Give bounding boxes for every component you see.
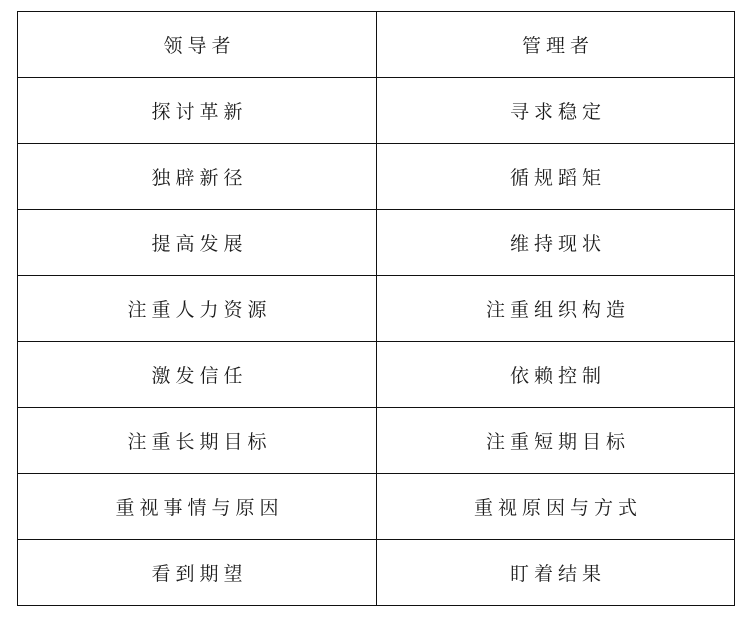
cell-text: 独辟新径: [151, 163, 247, 190]
cell-text: 注重长期目标: [127, 427, 271, 454]
table-row: 激发信任 依赖控制: [18, 342, 735, 408]
table-row: 注重人力资源 注重组织构造: [18, 276, 735, 342]
table-row: 注重长期目标 注重短期目标: [18, 408, 735, 474]
cell-text: 寻求稳定: [510, 97, 606, 124]
cell-text: 注重人力资源: [127, 295, 271, 322]
header-cell-manager: 管理者: [377, 12, 735, 78]
table-row: 看到期望 盯着结果: [18, 540, 735, 606]
document-page: 领导者 管理者 探讨革新 寻求稳定 独辟新径 循规蹈矩 提高发展 维持现状 注重…: [0, 0, 755, 620]
manager-cell: 依赖控制: [377, 342, 735, 408]
header-cell-leader: 领导者: [18, 12, 377, 78]
leader-cell: 激发信任: [18, 342, 377, 408]
table-row: 提高发展 维持现状: [18, 210, 735, 276]
cell-text: 重视事情与原因: [115, 493, 283, 520]
manager-cell: 重视原因与方式: [377, 474, 735, 540]
leader-cell: 注重长期目标: [18, 408, 377, 474]
cell-text: 看到期望: [151, 559, 247, 586]
manager-cell: 注重组织构造: [377, 276, 735, 342]
cell-text: 注重短期目标: [486, 427, 630, 454]
cell-text: 注重组织构造: [486, 295, 630, 322]
header-leader-text: 领导者: [163, 31, 235, 58]
header-manager-text: 管理者: [522, 31, 594, 58]
table-row: 探讨革新 寻求稳定: [18, 78, 735, 144]
leader-cell: 提高发展: [18, 210, 377, 276]
leader-cell: 独辟新径: [18, 144, 377, 210]
manager-cell: 盯着结果: [377, 540, 735, 606]
manager-cell: 维持现状: [377, 210, 735, 276]
table-row: 重视事情与原因 重视原因与方式: [18, 474, 735, 540]
cell-text: 重视原因与方式: [474, 493, 642, 520]
cell-text: 维持现状: [510, 229, 606, 256]
cell-text: 探讨革新: [151, 97, 247, 124]
leader-cell: 重视事情与原因: [18, 474, 377, 540]
leader-cell: 探讨革新: [18, 78, 377, 144]
cell-text: 激发信任: [151, 361, 247, 388]
manager-cell: 注重短期目标: [377, 408, 735, 474]
manager-cell: 寻求稳定: [377, 78, 735, 144]
cell-text: 依赖控制: [510, 361, 606, 388]
cell-text: 盯着结果: [510, 559, 606, 586]
table-header-row: 领导者 管理者: [18, 12, 735, 78]
leader-cell: 看到期望: [18, 540, 377, 606]
leader-cell: 注重人力资源: [18, 276, 377, 342]
cell-text: 循规蹈矩: [510, 163, 606, 190]
table-row: 独辟新径 循规蹈矩: [18, 144, 735, 210]
manager-cell: 循规蹈矩: [377, 144, 735, 210]
leader-vs-manager-table: 领导者 管理者 探讨革新 寻求稳定 独辟新径 循规蹈矩 提高发展 维持现状 注重…: [17, 11, 735, 606]
cell-text: 提高发展: [151, 229, 247, 256]
